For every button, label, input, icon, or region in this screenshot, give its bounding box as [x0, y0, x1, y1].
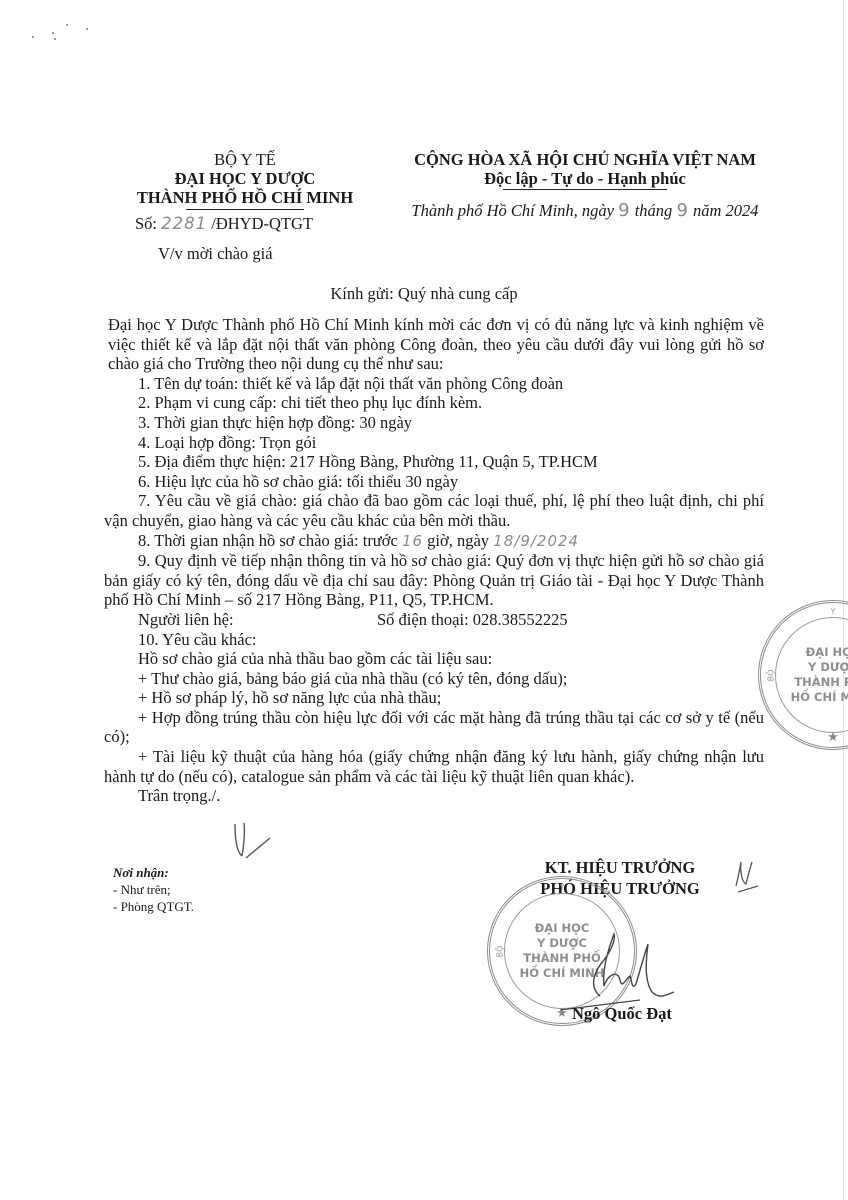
recipient-item: - Phòng QTGT.: [113, 898, 194, 915]
list-item-other-title: 10. Yêu cầu khác:: [104, 630, 764, 650]
list-item: 5. Địa điểm thực hiện: 217 Hồng Bàng, Ph…: [104, 452, 764, 472]
stamp-line: ĐẠI HỌC: [761, 645, 848, 660]
list-item: 6. Hiệu lực của hồ sơ chào giá: tối thiể…: [104, 472, 764, 492]
signer-name: Ngô Quốc Đạt: [572, 1004, 672, 1024]
nation-title: CỘNG HÒA XÃ HỘI CHỦ NGHĨA VIỆT NAM: [390, 150, 780, 169]
required-document: + Thư chào giá, bảng báo giá của nhà thầ…: [104, 669, 764, 689]
stamp-line: Y DƯỢC: [761, 660, 848, 675]
date-year: năm 2024: [693, 201, 759, 220]
deadline-hour-handwritten: 16: [402, 532, 423, 550]
approval-initials: [730, 858, 760, 898]
document-number: Số: 2281 /ĐHYD-QTGT: [110, 214, 380, 233]
stamp-top-mark: Y: [560, 883, 565, 892]
subject-line: V/v mời chào giá: [110, 244, 380, 263]
number-handwritten: 2281: [161, 214, 207, 233]
org-name-line2: THÀNH PHỐ HỒ CHÍ MINH: [110, 188, 380, 207]
deadline-prefix: 8. Thời gian nhận hồ sơ chào giá: trước: [138, 531, 398, 550]
date-prefix: Thành phố Hồ Chí Minh, ngày: [411, 201, 614, 220]
date-line: Thành phố Hồ Chí Minh, ngày 9 tháng 9 nă…: [390, 201, 780, 221]
closing: Trân trọng./.: [104, 786, 764, 806]
list-item: 3. Thời gian thực hiện hợp đồng: 30 ngày: [104, 413, 764, 433]
date-month-label: tháng: [635, 201, 673, 220]
stamp-line: HỒ CHÍ MINH: [761, 690, 848, 705]
greeting: Kính gửi: Quý nhà cung cấp: [0, 284, 848, 304]
star-icon: ★: [827, 729, 839, 745]
list-item-deadline: 8. Thời gian nhận hồ sơ chào giá: trước …: [104, 531, 764, 552]
recipients-title: Nơi nhận:: [113, 864, 194, 881]
contact-person-label: Người liên hệ:: [138, 610, 377, 630]
intro-paragraph: Đại học Y Dược Thành phố Hồ Chí Minh kín…: [104, 315, 764, 374]
number-suffix: /ĐHYD-QTGT: [211, 214, 313, 233]
national-header: CỘNG HÒA XÃ HỘI CHỦ NGHĨA VIỆT NAM Độc l…: [390, 150, 780, 190]
contact-phone: Số điện thoại: 028.38552225: [377, 610, 568, 630]
deadline-middle: giờ, ngày: [427, 531, 489, 550]
recipients-block: Nơi nhận: - Như trên; - Phòng QTGT.: [113, 864, 194, 915]
initials-signature: [232, 822, 282, 867]
margin-stamp-clip: Y BỘ ĐẠI HỌC Y DƯỢC THÀNH PHỐ HỒ CHÍ MIN…: [758, 600, 848, 750]
org-name-line1: ĐẠI HỌC Y DƯỢC: [110, 169, 380, 188]
header-underline: [186, 209, 304, 210]
motto-underline: [503, 189, 667, 190]
signer-title-line1: KT. HIỆU TRƯỞNG: [470, 857, 770, 878]
scan-specks: [28, 22, 98, 46]
contact-row: Người liên hệ: Số điện thoại: 028.385522…: [104, 610, 764, 630]
stamp-line: THÀNH PHỐ: [761, 675, 848, 690]
number-label: Số:: [135, 214, 157, 233]
required-document: + Hồ sơ pháp lý, hồ sơ năng lực của nhà …: [104, 688, 764, 708]
margin-stamp: Y BỘ ĐẠI HỌC Y DƯỢC THÀNH PHỐ HỒ CHÍ MIN…: [758, 600, 848, 750]
recipient-item: - Như trên;: [113, 881, 194, 898]
ministry-name: BỘ Y TẾ: [110, 150, 380, 169]
required-document: + Tài liệu kỹ thuật của hàng hóa (giấy c…: [104, 747, 764, 786]
stamp-top-mark: Y: [831, 607, 836, 616]
stamp-text: ĐẠI HỌC Y DƯỢC THÀNH PHỐ HỒ CHÍ MINH: [761, 645, 848, 705]
required-document: + Hợp đồng trúng thầu còn hiệu lực đối v…: [104, 708, 764, 747]
list-item: 1. Tên dự toán: thiết kế và lắp đặt nội …: [104, 374, 764, 394]
letter-body: Đại học Y Dược Thành phố Hồ Chí Minh kín…: [104, 315, 764, 806]
other-requirements-lead: Hồ sơ chào giá của nhà thầu bao gồm các …: [104, 649, 764, 669]
list-item: 4. Loại hợp đồng: Trọn gói: [104, 433, 764, 453]
list-item: 2. Phạm vi cung cấp: chi tiết theo phụ l…: [104, 393, 764, 413]
list-item-submission: 9. Quy định về tiếp nhận thông tin và hồ…: [104, 551, 764, 610]
national-motto: Độc lập - Tự do - Hạnh phúc: [482, 169, 688, 188]
date-day-handwritten: 9: [618, 200, 630, 221]
deadline-date-handwritten: 18/9/2024: [493, 532, 579, 550]
date-month-handwritten: 9: [676, 200, 688, 221]
issuer-header: BỘ Y TẾ ĐẠI HỌC Y DƯỢC THÀNH PHỐ HỒ CHÍ …: [110, 150, 380, 263]
list-item-price-requirements: 7. Yêu cầu về giá chào: giá chào đã bao …: [104, 491, 764, 530]
